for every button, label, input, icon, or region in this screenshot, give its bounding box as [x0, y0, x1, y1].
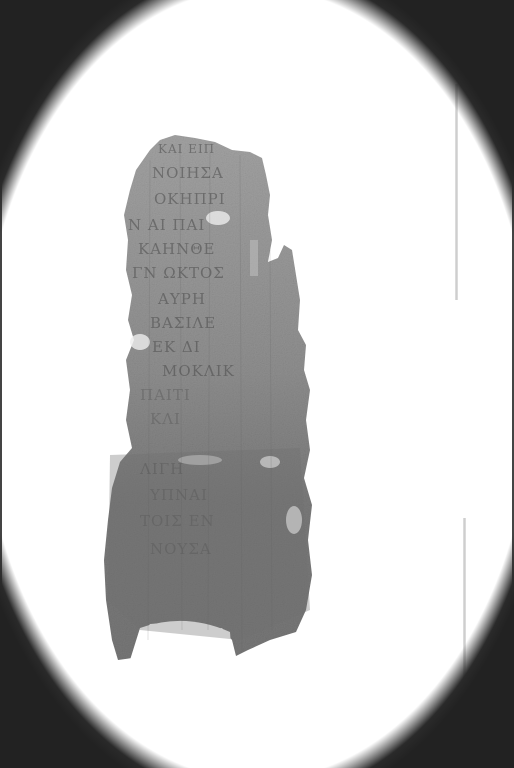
photo-frame: ΚΑΙ ΕΙΠ ΝΟΙΗΣΑ ΟΚΗΠΡΙ Ν ΑΙ ΠΑΙ ΚΑΗΝΘΕ ΓΝ… — [0, 0, 514, 768]
text-line: ΓΝ ΩΚΤΟΣ — [132, 264, 225, 282]
text-line: ΟΚΗΠΡΙ — [154, 190, 226, 208]
text-line: ΝΟΙΗΣΑ — [152, 164, 224, 182]
text-line: ΚΑΗΝΘΕ — [138, 240, 216, 258]
text-line: ΚΑΙ ΕΙΠ — [158, 142, 215, 156]
text-line: ΜΟΚΛΙΚ — [162, 362, 235, 380]
text-line: ΛΙΓΗ — [140, 460, 184, 478]
text-line: ΕΚ ΔΙ — [152, 338, 201, 356]
text-line: ΠΑΙΤΙ — [140, 386, 191, 404]
text-line: ΒΑΣΙΛΕ — [150, 314, 216, 332]
text-line: Ν ΑΙ ΠΑΙ — [128, 216, 205, 234]
text-line: ΤΟΙΣ ΕΝ — [140, 512, 215, 530]
text-line: ΑΥΡΗ — [158, 290, 206, 308]
papyrus-fragment — [0, 0, 514, 768]
text-line: ΝΟΥΣΑ — [150, 540, 212, 558]
frame-edge-left — [0, 0, 2, 768]
text-line: ΥΠΝΑΙ — [150, 486, 208, 504]
text-line: ΚΛΙ — [150, 410, 181, 428]
